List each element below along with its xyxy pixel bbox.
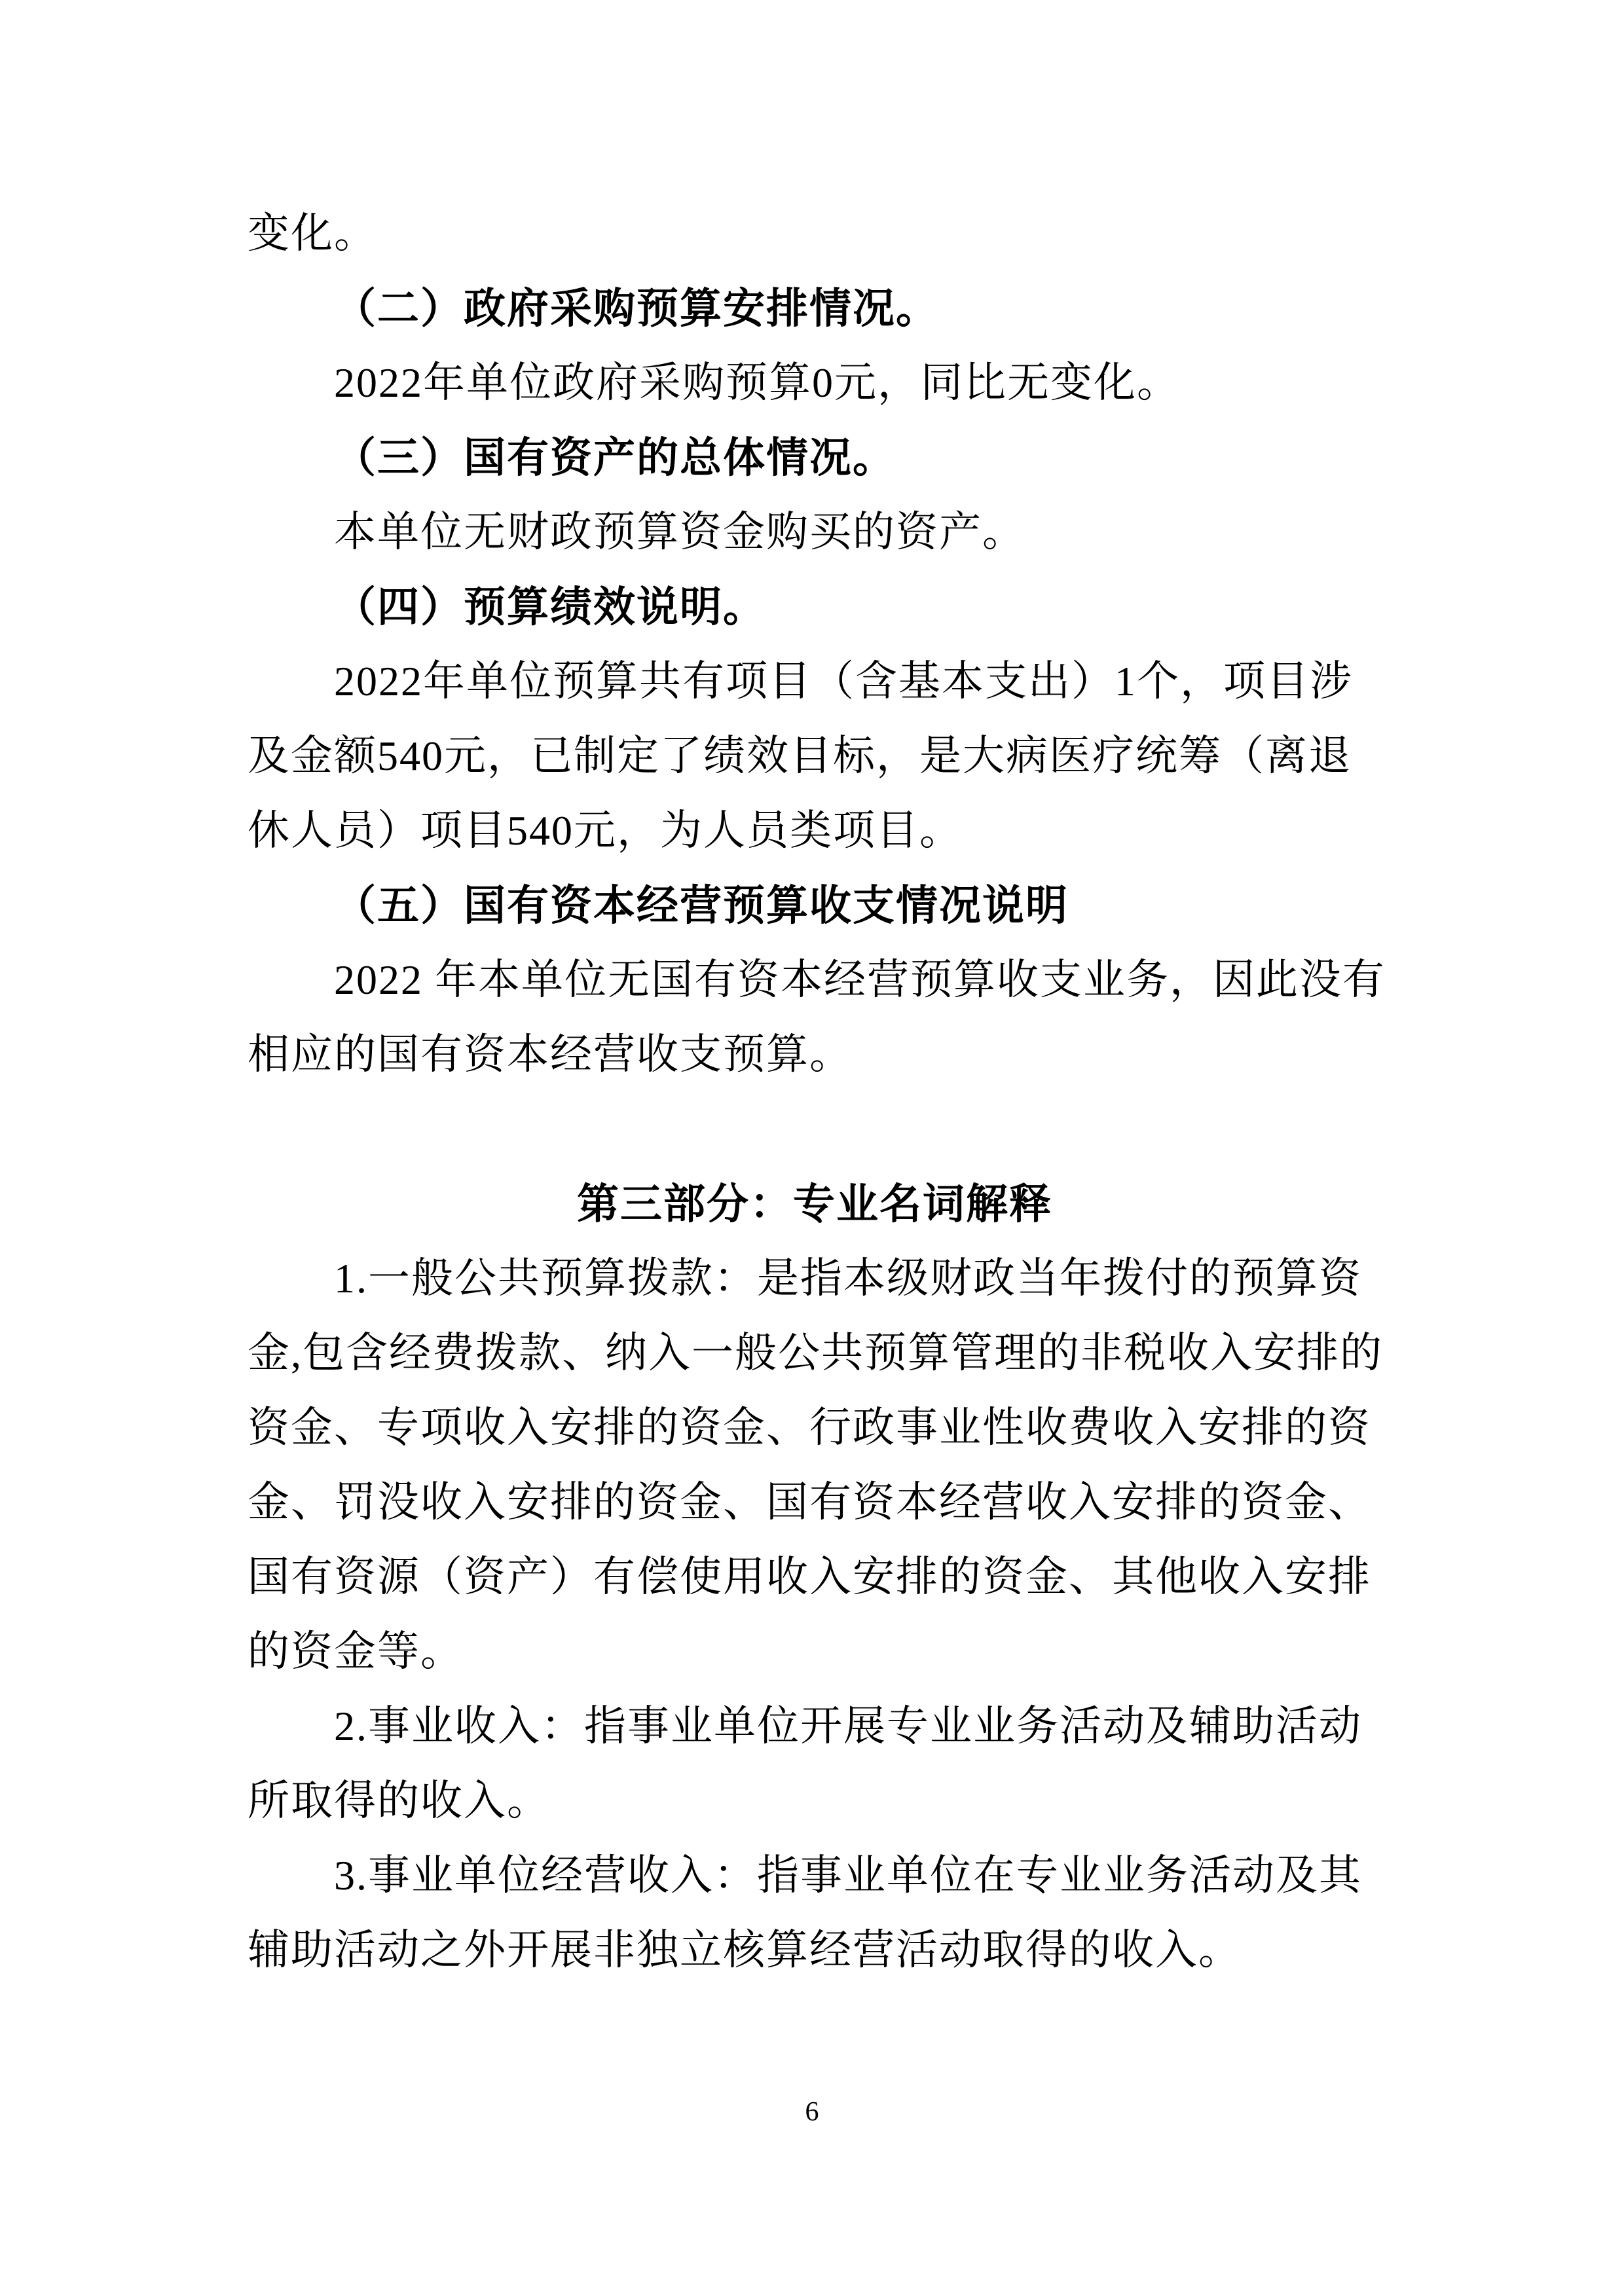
subsection-heading-3: （三）国有资产的总体情况。 — [248, 420, 1382, 495]
text-line: 的资金等。 — [248, 1614, 1382, 1689]
text-line: 相应的国有资本经营收支预算。 — [248, 1017, 1382, 1092]
text-line: 2.事业收入：指事业单位开展专业业务活动及辅助活动 — [248, 1689, 1382, 1764]
text-line: 及金额540元，已制定了绩效目标，是大病医疗统筹（离退 — [248, 719, 1382, 793]
text-line: 所取得的收入。 — [248, 1764, 1382, 1838]
text-line: 辅助活动之外开展非独立核算经营活动取得的收入。 — [248, 1913, 1382, 1988]
subsection-heading-4: （四）预算绩效说明。 — [248, 570, 1382, 644]
subsection-heading-2: （二）政府采购预算安排情况。 — [248, 271, 1382, 346]
document-body: 变化。 （二）政府采购预算安排情况。 2022年单位政府采购预算0元，同比无变化… — [248, 196, 1382, 1988]
document-page: 变化。 （二）政府采购预算安排情况。 2022年单位政府采购预算0元，同比无变化… — [0, 0, 1624, 2296]
text-line: 1.一般公共预算拨款：是指本级财政当年拨付的预算资 — [248, 1241, 1382, 1316]
text-line: 变化。 — [248, 196, 1382, 271]
text-line: 3.事业单位经营收入：指事业单位在专业业务活动及其 — [248, 1838, 1382, 1913]
text-line: 休人员）项目540元，为人员类项目。 — [248, 793, 1382, 868]
page-number: 6 — [0, 2092, 1624, 2132]
part-heading: 第三部分：专业名词解释 — [248, 1167, 1382, 1241]
text-line: 国有资源（资产）有偿使用收入安排的资金、其他收入安排 — [248, 1540, 1382, 1614]
text-line: 本单位无财政预算资金购买的资产。 — [248, 495, 1382, 570]
text-line: 金、罚没收入安排的资金、国有资本经营收入安排的资金、 — [248, 1465, 1382, 1540]
text-line: 2022年单位政府采购预算0元，同比无变化。 — [248, 346, 1382, 420]
subsection-heading-5: （五）国有资本经营预算收支情况说明 — [248, 868, 1382, 943]
blank-line — [248, 1092, 1382, 1167]
text-line: 2022 年本单位无国有资本经营预算收支业务，因此没有 — [248, 943, 1382, 1017]
text-line: 金,包含经费拨款、纳入一般公共预算管理的非税收入安排的 — [248, 1316, 1382, 1391]
text-line: 2022年单位预算共有项目（含基本支出）1个，项目涉 — [248, 644, 1382, 719]
text-line: 资金、专项收入安排的资金、行政事业性收费收入安排的资 — [248, 1391, 1382, 1465]
